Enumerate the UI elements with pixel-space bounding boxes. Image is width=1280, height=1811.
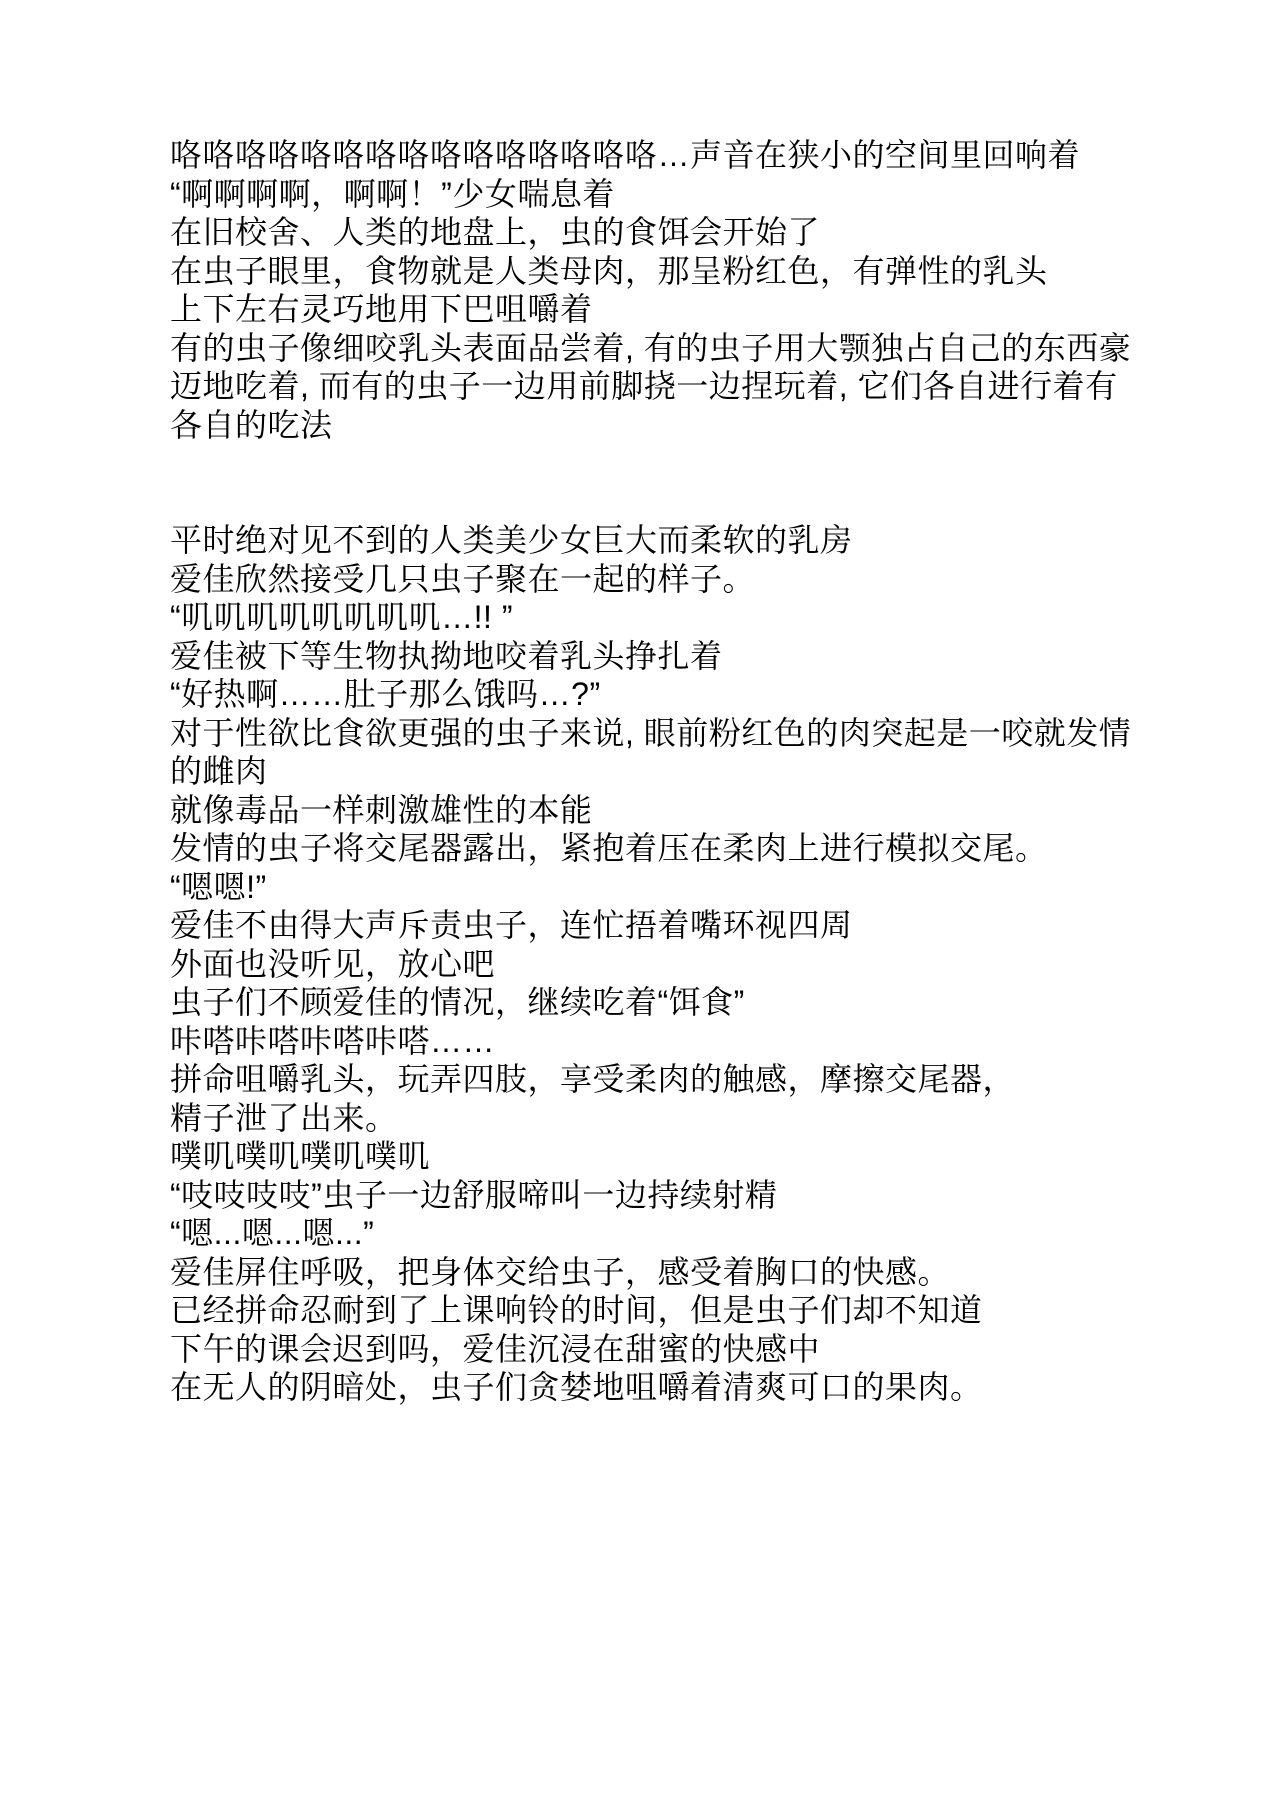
text-line: “嗯...嗯...嗯...” — [170, 1214, 1240, 1253]
text-line: 在旧校舍、人类的地盘上，虫的食饵会开始了 — [170, 213, 1240, 252]
text-line: 各自的吃法 — [170, 406, 1240, 445]
text-line: 已经拼命忍耐到了上课响铃的时间，但是虫子们却不知道 — [170, 1291, 1240, 1330]
text-line: 平时绝对见不到的人类美少女巨大而柔软的乳房 — [170, 521, 1240, 560]
text-line: 爱佳屏住呼吸，把身体交给虫子，感受着胸口的快感。 — [170, 1253, 1240, 1292]
text-line: 精子泄了出来。 — [170, 1099, 1240, 1138]
text-line: 有的虫子像细咬乳头表面品尝着, 有的虫子用大颚独占自己的东西豪 — [170, 329, 1240, 368]
text-line: “吱吱吱吱”虫子一边舒服啼叫一边持续射精 — [170, 1176, 1240, 1215]
text-line: 拼命咀嚼乳头，玩弄四肢，享受柔肉的触感，摩擦交尾器， — [170, 1060, 1240, 1099]
text-line: 爱佳被下等生物执拗地咬着乳头挣扎着 — [170, 637, 1240, 676]
text-line: 虫子们不顾爱佳的情况，继续吃着“饵食” — [170, 983, 1240, 1022]
text-line: 发情的虫子将交尾器露出，紧抱着压在柔肉上进行模拟交尾。 — [170, 829, 1240, 868]
paragraph-2: 平时绝对见不到的人类美少女巨大而柔软的乳房 爱佳欣然接受几只虫子聚在一起的样子。… — [170, 521, 1240, 1407]
text-line: 迈地吃着, 而有的虫子一边用前脚挠一边捏玩着, 它们各自进行着有 — [170, 367, 1240, 406]
text-line: 外面也没听见，放心吧 — [170, 945, 1240, 984]
text-line: 的雌肉 — [170, 752, 1240, 791]
text-line: 爱佳不由得大声斥责虫子，连忙捂着嘴环视四周 — [170, 906, 1240, 945]
text-line: 就像毒品一样刺激雄性的本能 — [170, 791, 1240, 830]
text-line: 在无人的阴暗处，虫子们贪婪地咀嚼着清爽可口的果肉。 — [170, 1368, 1240, 1407]
text-line: 爱佳欣然接受几只虫子聚在一起的样子。 — [170, 560, 1240, 599]
text-line: 噗叽噗叽噗叽噗叽 — [170, 1137, 1240, 1176]
text-line: 咯咯咯咯咯咯咯咯咯咯咯咯咯咯咯…声音在狭小的空间里回响着 — [170, 136, 1240, 175]
document-page: 咯咯咯咯咯咯咯咯咯咯咯咯咯咯咯…声音在狭小的空间里回响着 “啊啊啊啊，啊啊！”少… — [0, 0, 1280, 1811]
text-line: “叽叽叽叽叽叽叽叽…!! ” — [170, 598, 1240, 637]
text-line: 下午的课会迟到吗，爱佳沉浸在甜蜜的快感中 — [170, 1330, 1240, 1369]
text-line: “啊啊啊啊，啊啊！”少女喘息着 — [170, 175, 1240, 214]
paragraph-1: 咯咯咯咯咯咯咯咯咯咯咯咯咯咯咯…声音在狭小的空间里回响着 “啊啊啊啊，啊啊！”少… — [170, 136, 1240, 444]
text-line: 上下左右灵巧地用下巴咀嚼着 — [170, 290, 1240, 329]
text-line: 对于性欲比食欲更强的虫子来说, 眼前粉红色的肉突起是一咬就发情 — [170, 714, 1240, 753]
text-line: 在虫子眼里，食物就是人类母肉，那呈粉红色，有弹性的乳头 — [170, 252, 1240, 291]
text-line: “好热啊……肚子那么饿吗…?” — [170, 675, 1240, 714]
text-line: “嗯嗯!” — [170, 868, 1240, 907]
text-line: 咔嗒咔嗒咔嗒咔嗒…… — [170, 1022, 1240, 1061]
